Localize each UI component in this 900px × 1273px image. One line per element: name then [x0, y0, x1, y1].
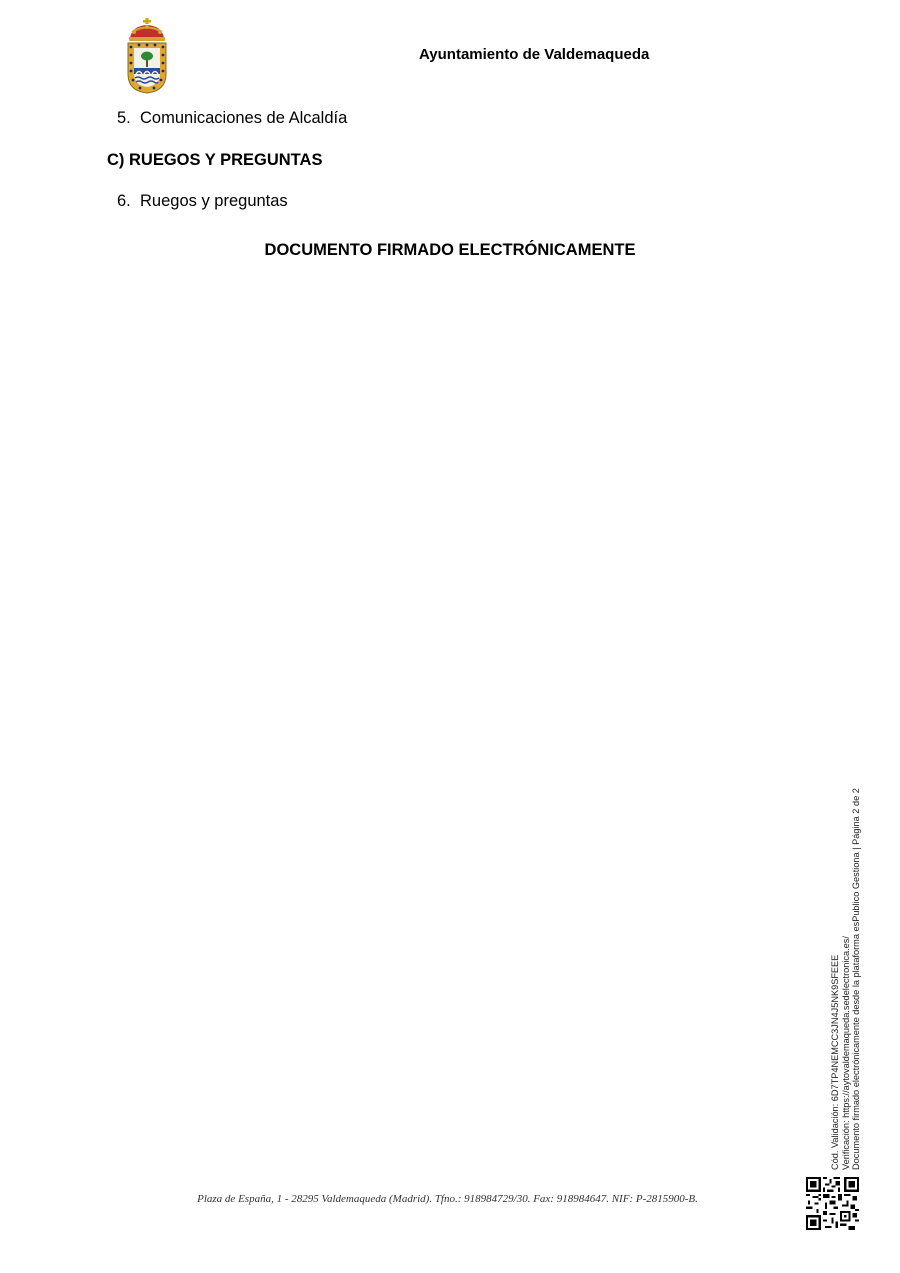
footer-address: Plaza de España, 1 - 28295 Valdemaqueda …	[0, 1193, 895, 1205]
document-page: Ayuntamiento de Valdemaqueda 5.Comunicac…	[0, 0, 900, 1273]
signature-platform-note: Documento firmado electrónicamente desde…	[851, 788, 862, 1170]
agenda-item-label: Ruegos y preguntas	[140, 192, 288, 210]
signature-notice: DOCUMENTO FIRMADO ELECTRÓNICAMENTE	[0, 241, 900, 260]
agenda-item-number: 6.	[117, 192, 140, 211]
coat-of-arms-icon	[124, 18, 170, 94]
validation-code: Cód. Validación: 6D7TP4NEMCC3JN4J5NK9SFE…	[830, 788, 841, 1170]
agenda-item-label: Comunicaciones de Alcaldía	[140, 109, 347, 127]
agenda-item-number: 5.	[117, 109, 140, 128]
validation-stamp: Cód. Validación: 6D7TP4NEMCC3JN4J5NK9SFE…	[830, 788, 862, 1170]
organization-name: Ayuntamiento de Valdemaqueda	[419, 46, 649, 63]
section-heading-ruegos: C) RUEGOS Y PREGUNTAS	[107, 151, 322, 170]
agenda-item-6: 6.Ruegos y preguntas	[117, 192, 288, 211]
verification-link[interactable]: Verificación: https://aytovaldemaqueda.s…	[841, 788, 852, 1170]
agenda-item-5: 5.Comunicaciones de Alcaldía	[117, 109, 347, 128]
